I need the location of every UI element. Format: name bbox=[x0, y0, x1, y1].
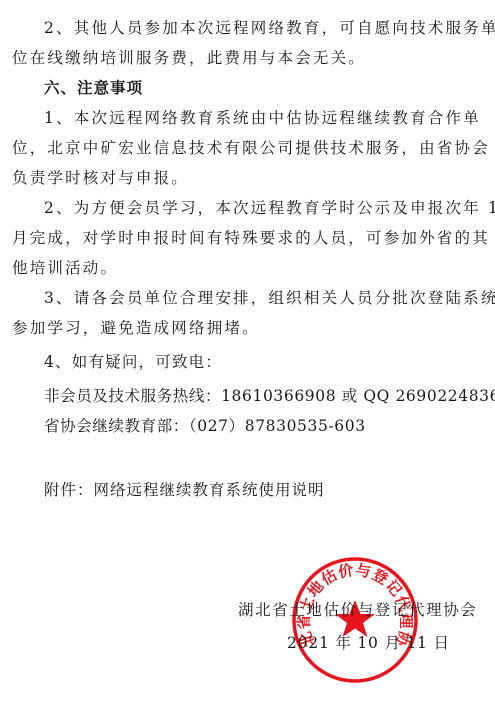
contact-hotline: 非会员及技术服务热线：18610366908 或 QQ 2690224836 bbox=[44, 386, 495, 406]
signature-organization: 湖北省土地估价与登记代理协会 bbox=[238, 600, 477, 620]
attachment-note: 附件：网络远程继续教育系统使用说明 bbox=[44, 480, 325, 500]
paragraph-line: 参加学习，避免造成网络拥堵。 bbox=[12, 318, 260, 338]
paragraph-line: 月完成，对学时申报时间有特殊要求的人员，可参加外省的其 bbox=[12, 228, 490, 248]
official-seal: 湖北省土地估价与登记代理协会 bbox=[291, 556, 419, 684]
paragraph-line: 负责学时核对与申报。 bbox=[12, 168, 189, 188]
paragraph-line: 2、为方便会员学习，本次远程教育学时公示及申报次年 1 bbox=[44, 198, 495, 218]
contact-education-dept: 省协会继续教育部：（027）87830535-603 bbox=[44, 416, 366, 436]
paragraph-line: 他培训活动。 bbox=[12, 258, 118, 278]
paragraph-line: 位，北京中矿宏业信息技术有限公司提供技术服务，由省协会 bbox=[12, 138, 490, 158]
paragraph-line: 位在线缴纳培训服务费，此费用与本会无关。 bbox=[12, 48, 366, 68]
signature-date: 2021 年 10 月 11 日 bbox=[287, 633, 450, 653]
section-heading: 六、注意事项 bbox=[44, 78, 143, 98]
paragraph-line: 4、如有疑问，可致电： bbox=[44, 352, 222, 372]
paragraph-line: 3、请各会员单位合理安排，组织相关人员分批次登陆系统 bbox=[44, 288, 495, 308]
paragraph-line: 2、其他人员参加本次远程网络教育，可自愿向技术服务单 bbox=[44, 18, 495, 38]
paragraph-line: 1、本次远程网络教育系统由中估协远程继续教育合作单 bbox=[44, 108, 481, 128]
